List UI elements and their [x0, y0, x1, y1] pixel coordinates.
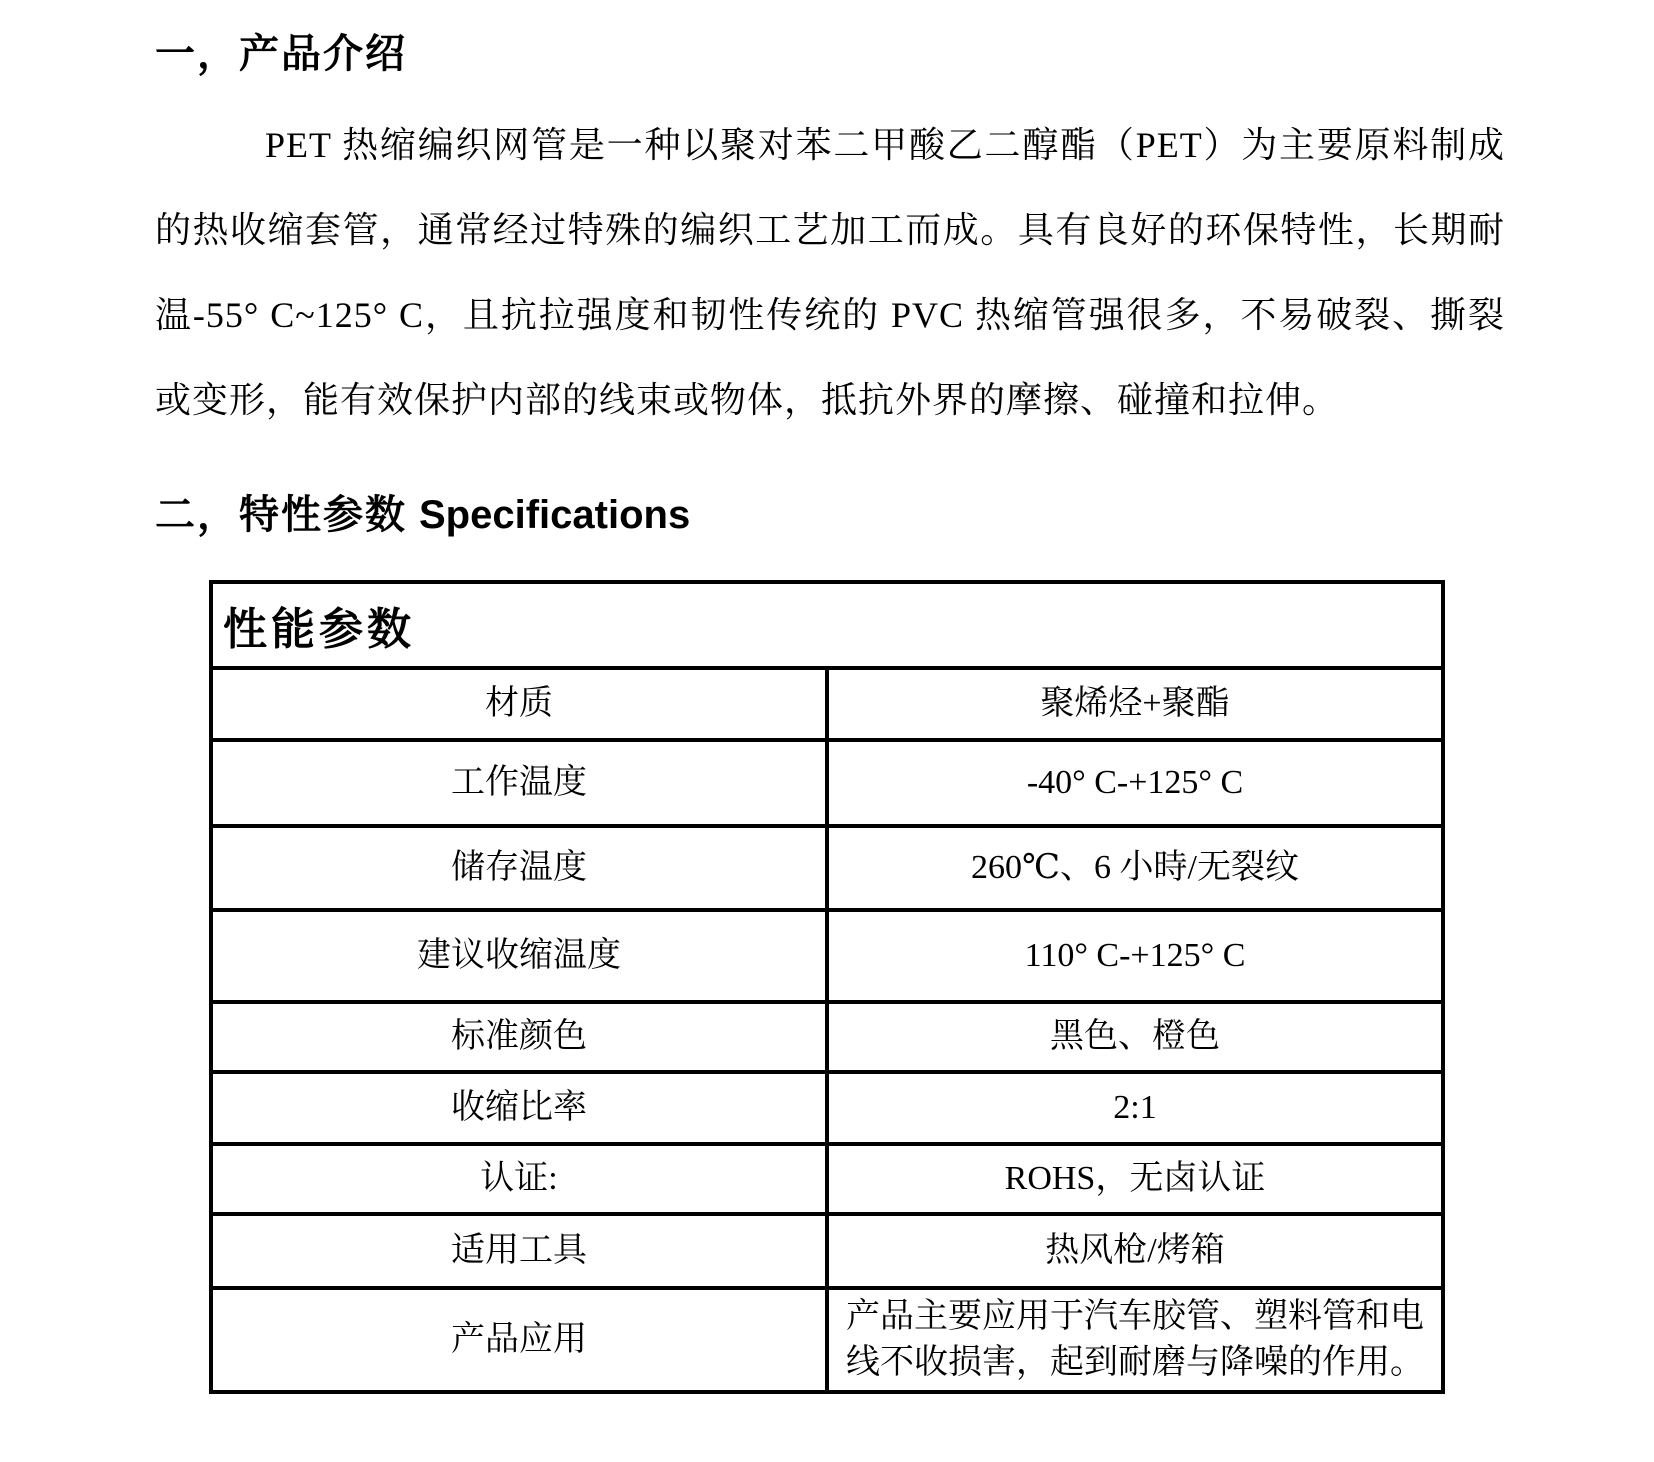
spec-value: 聚烯烃+聚酯: [827, 668, 1443, 740]
spec-label: 储存温度: [211, 826, 827, 910]
spec-label: 建议收缩温度: [211, 910, 827, 1002]
spec-label: 材质: [211, 668, 827, 740]
spec-value: 产品主要应用于汽车胶管、塑料管和电线不收损害，起到耐磨与降噪的作用。: [827, 1288, 1443, 1392]
intro-paragraph: PET 热缩编织网管是一种以聚对苯二甲酸乙二醇酯（PET）为主要原料制成的热收缩…: [155, 103, 1505, 443]
spec-value: 黑色、橙色: [827, 1002, 1443, 1072]
table-row: 认证: ROHS，无卤认证: [211, 1144, 1443, 1214]
section2-heading-en: Specifications: [419, 493, 690, 537]
spec-label: 适用工具: [211, 1214, 827, 1288]
spec-label: 认证:: [211, 1144, 827, 1214]
table-row: 工作温度 -40° C-+125° C: [211, 740, 1443, 826]
spec-label: 标准颜色: [211, 1002, 827, 1072]
table-row: 建议收缩温度 110° C-+125° C: [211, 910, 1443, 1002]
spec-value: 2:1: [827, 1072, 1443, 1144]
section2-heading: 二，特性参数 Specifications: [155, 483, 1506, 540]
product-spec-document: 一，产品介绍 PET 热缩编织网管是一种以聚对苯二甲酸乙二醇酯（PET）为主要原…: [0, 0, 1654, 1462]
spec-table: 性能参数 材质 聚烯烃+聚酯 工作温度 -40° C-+125° C 储存温度 …: [209, 580, 1445, 1394]
spec-value: 110° C-+125° C: [827, 910, 1443, 1002]
spec-value: 260℃、6 小時/无裂纹: [827, 826, 1443, 910]
table-row: 标准颜色 黑色、橙色: [211, 1002, 1443, 1072]
spec-value: 热风枪/烤箱: [827, 1214, 1443, 1288]
spec-value: -40° C-+125° C: [827, 740, 1443, 826]
table-row: 材质 聚烯烃+聚酯: [211, 668, 1443, 740]
spec-label: 产品应用: [211, 1288, 827, 1392]
section2-heading-zh: 二，特性参数: [155, 492, 407, 537]
table-row: 收缩比率 2:1: [211, 1072, 1443, 1144]
spec-label: 收缩比率: [211, 1072, 827, 1144]
spec-label: 工作温度: [211, 740, 827, 826]
spec-table-title: 性能参数: [211, 582, 1443, 668]
spec-table-title-row: 性能参数: [211, 582, 1443, 668]
table-row: 储存温度 260℃、6 小時/无裂纹: [211, 826, 1443, 910]
spec-value: ROHS，无卤认证: [827, 1144, 1443, 1214]
table-row: 适用工具 热风枪/烤箱: [211, 1214, 1443, 1288]
section1-heading: 一，产品介绍: [155, 22, 1506, 79]
table-row: 产品应用 产品主要应用于汽车胶管、塑料管和电线不收损害，起到耐磨与降噪的作用。: [211, 1288, 1443, 1392]
